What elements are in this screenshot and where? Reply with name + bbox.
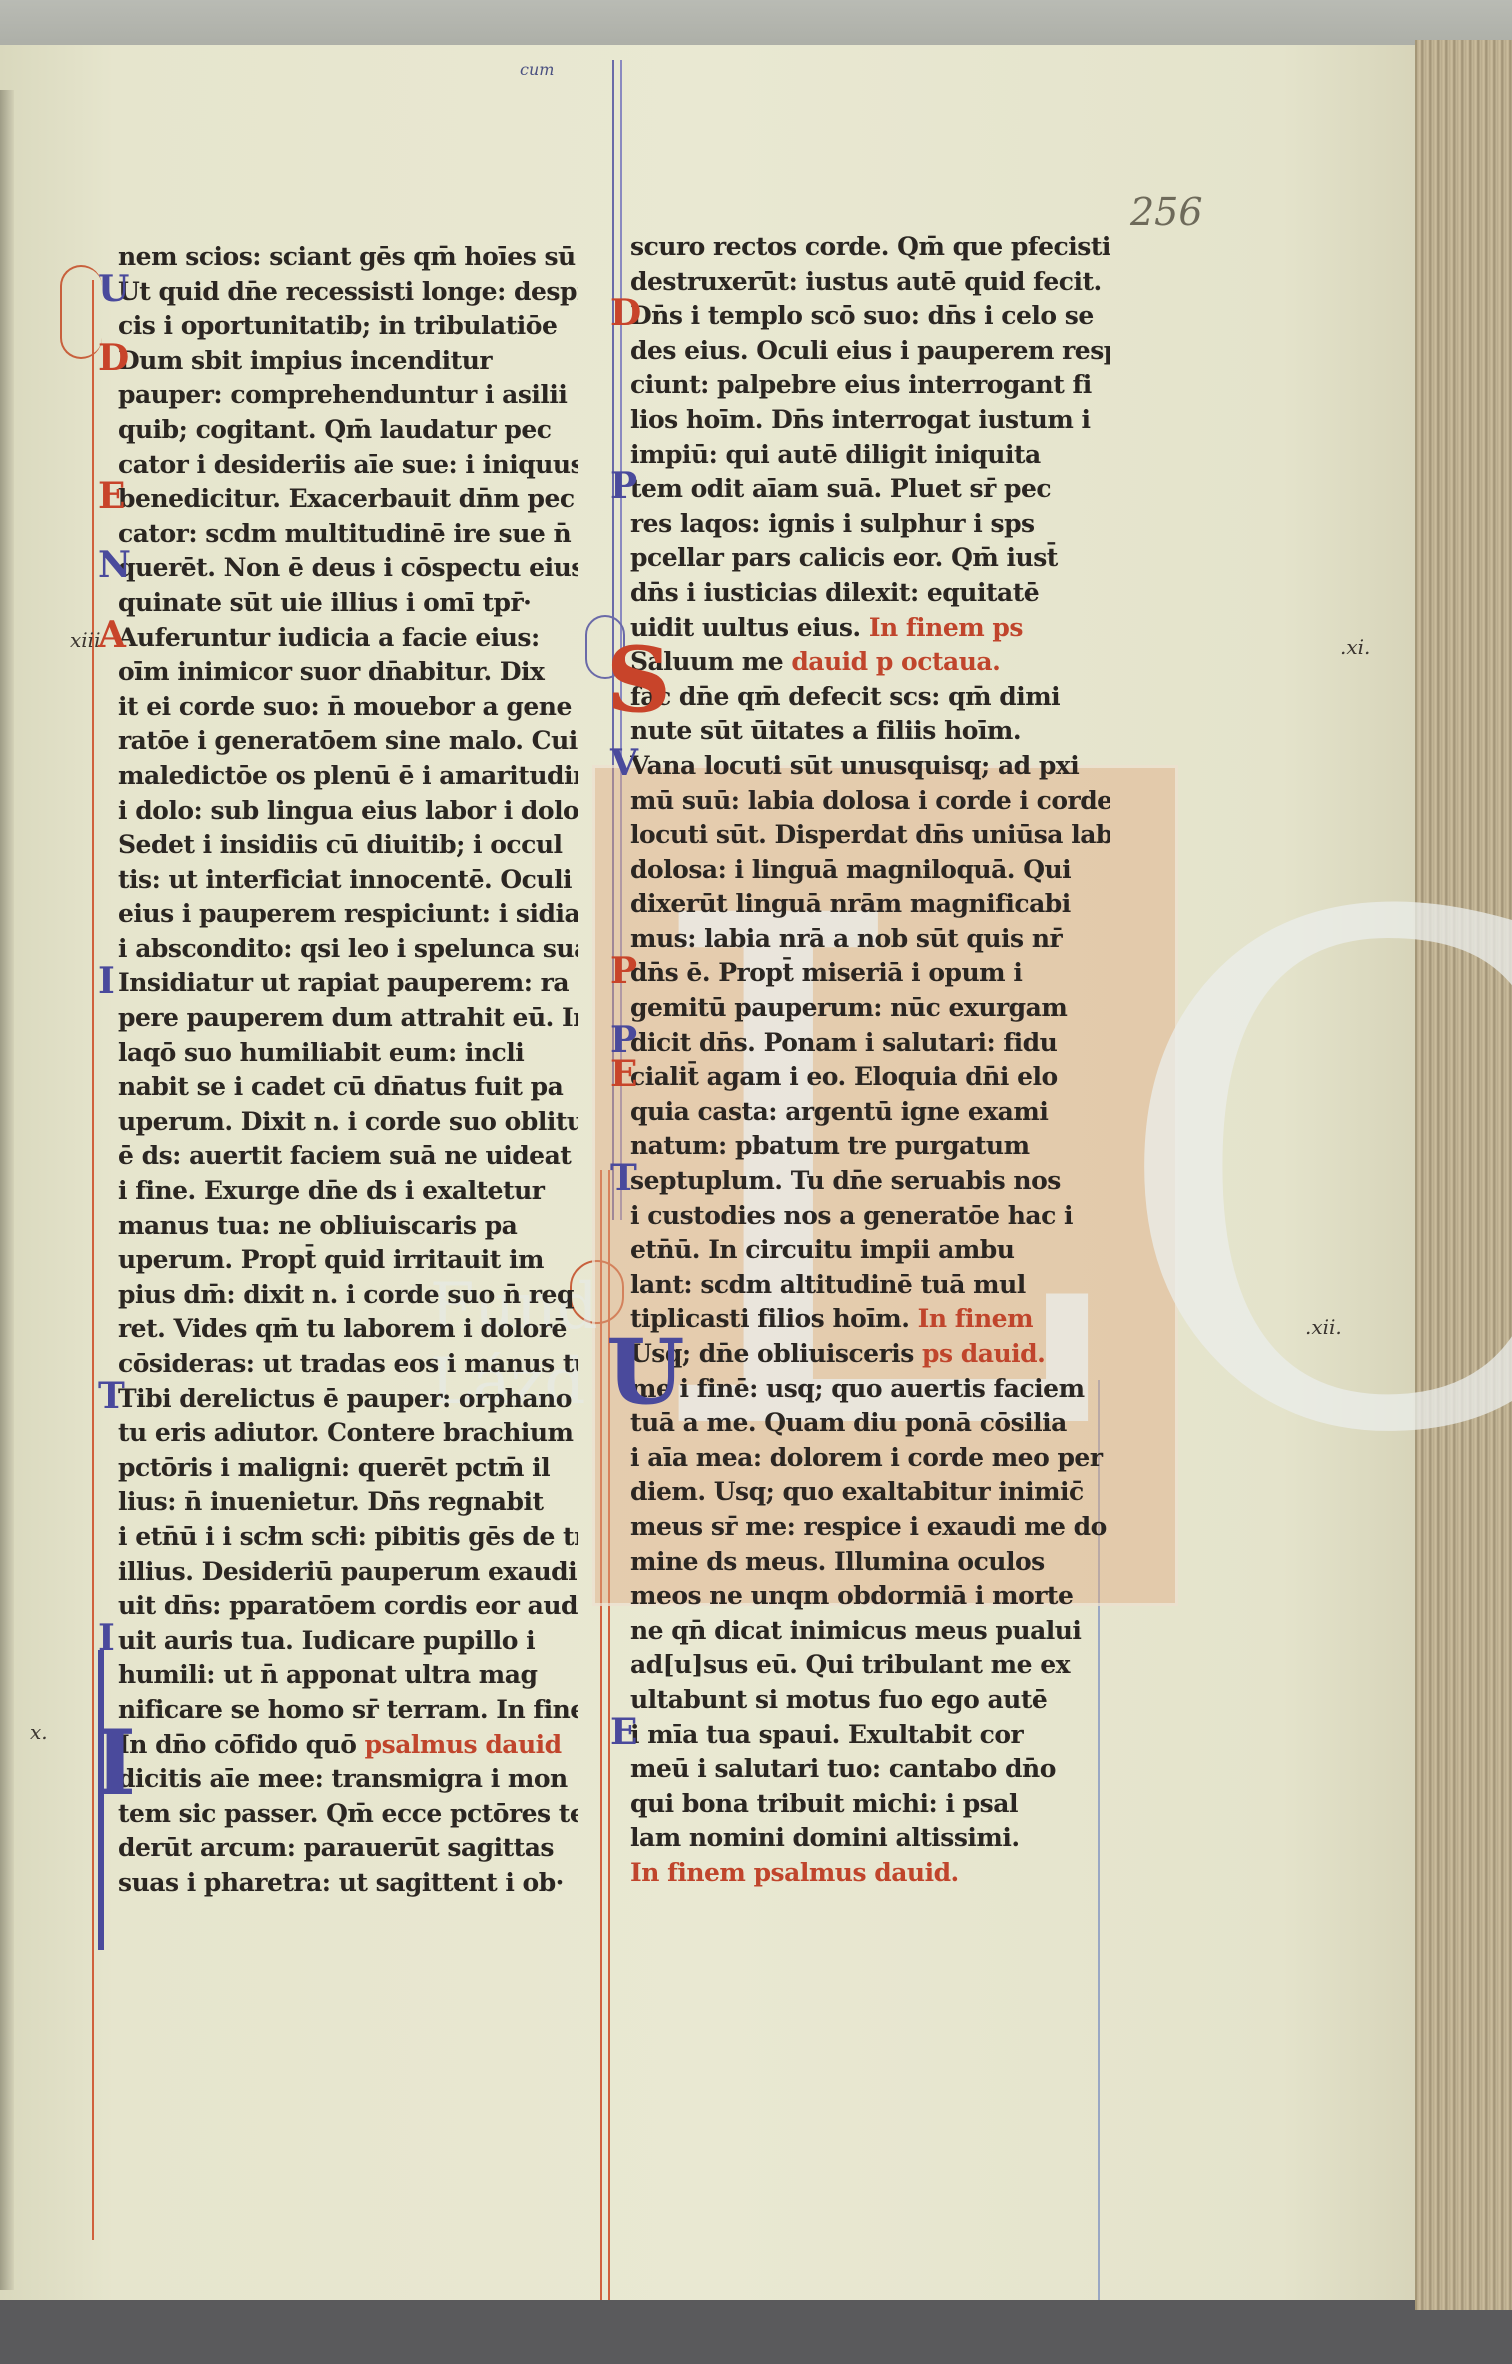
line-text: i fine. Exurge dn̄e ds i exaltetur: [118, 1176, 544, 1205]
text-line: tem odit aīam suā. Pluet sr̄ pec: [630, 472, 1110, 507]
text-line: oīm inimicor suor dn̄abitur. Dix: [118, 655, 578, 690]
decorated-initial: I: [94, 1718, 136, 1808]
text-line: lius: n̄ inuenietur. Dn̄s regnabit: [118, 1485, 578, 1520]
line-text: pcellar pars calicis eor. Qm̄ iust̄: [630, 543, 1058, 572]
line-text: it ei corde suo: n̄ mouebor a gene: [118, 692, 572, 721]
line-text: tem odit aīam suā. Pluet sr̄ pec: [630, 474, 1051, 503]
text-line: tiplicasti filios hoīm. In finem: [630, 1302, 1110, 1337]
line-text: mū suū: labia dolosa i corde i corde: [630, 786, 1110, 815]
decorated-initial: V: [610, 745, 638, 781]
text-line: dixerūt linguā nrām magnificabi: [630, 887, 1110, 922]
line-text: uit dn̄s: pparatōem cordis eor audi: [118, 1591, 578, 1620]
text-line: dicit dn̄s. Ponam i salutari: fidu: [630, 1026, 1110, 1061]
rubric-text: In finem ps: [861, 613, 1023, 642]
margin-numeral: x.: [30, 1720, 48, 1744]
text-line: i mīa tua spaui. Exultabit cor: [630, 1718, 1110, 1753]
line-text: uit auris tua. Iudicare pupillo i: [118, 1626, 535, 1655]
text-line: pere pauperem dum attrahit eū. In: [118, 1001, 578, 1036]
text-line: Dum sbit impius incenditur: [118, 344, 578, 379]
text-line: ret. Vides qm̄ tu laborem i dolorē: [118, 1312, 578, 1347]
gutter-edge: [0, 90, 14, 2290]
margin-numeral: .xi.: [1340, 635, 1370, 659]
text-line: uperum. Propt̄ quid irritauit im: [118, 1243, 578, 1278]
text-line: querēt. Non ē deus i cōspectu eius: in: [118, 551, 578, 586]
text-line: lam nomini domini altissimi.: [630, 1821, 1110, 1856]
top-margin-note: cum: [520, 60, 554, 79]
text-line: quinate sūt uie illius i omī tpr̄·: [118, 586, 578, 621]
text-line: Usq; dn̄e obliuisceris ps dauid.: [630, 1337, 1110, 1372]
line-text: septuplum. Tu dn̄e seruabis nos: [630, 1166, 1061, 1195]
text-line: Ut quid dn̄e recessisti longe: despi: [118, 275, 578, 310]
text-line: septuplum. Tu dn̄e seruabis nos: [630, 1164, 1110, 1199]
line-text: pctōris i maligni: querēt pctm̄ il: [118, 1453, 550, 1482]
line-text: i custodies nos a generatōe hac i: [630, 1201, 1073, 1230]
line-text: Auferuntur iudicia a facie eius:: [118, 623, 540, 652]
line-text: res laqos: ignis i sulphur i sps: [630, 509, 1035, 538]
line-text: ne qn̄ dicat inimicus meus pualui: [630, 1616, 1081, 1645]
decorated-initial: T: [610, 1160, 637, 1196]
decorated-initial: U: [98, 271, 129, 307]
margin-numeral: .xii.: [1305, 1315, 1342, 1339]
line-text: nem scios: sciant gēs qm̄ hoīes sū: [118, 242, 576, 271]
text-line: dolosa: i linguā magniloquā. Qui: [630, 853, 1110, 888]
line-text: destruxerūt: iustus autē quid fecit.: [630, 267, 1102, 296]
text-line: meos ne unqm obdormiā i morte: [630, 1579, 1110, 1614]
text-line: des eius. Oculi eius i pauperem respi: [630, 334, 1110, 369]
red-flourish: [60, 265, 102, 359]
text-line: ratōe i generatōem sine malo. Cuius: [118, 724, 578, 759]
line-text: i etn̄ū i i scłm scłi: pibitis gēs de tr…: [118, 1522, 578, 1551]
line-text: meos ne unqm obdormiā i morte: [630, 1581, 1073, 1610]
line-text: lant: scdm altitudinē tuā mul: [630, 1270, 1026, 1299]
line-text: humili: ut n̄ apponat ultra mag: [118, 1660, 537, 1689]
text-column-right: scuro rectos corde. Qm̄ que pfecistidest…: [630, 230, 1110, 1891]
line-text: Vana locuti sūt unusquisq; ad pxi: [630, 751, 1079, 780]
line-text: i aīa mea: dolorem i corde meo per: [630, 1443, 1103, 1472]
decorated-initial: D: [98, 340, 129, 376]
line-text: cialit̄ agam i eo. Eloquia dn̄i elo: [630, 1062, 1058, 1091]
line-text: tu eris adiutor. Contere brachium: [118, 1418, 574, 1447]
line-text: Tibi derelictus ē pauper: orphano: [118, 1384, 572, 1413]
line-text: cis i oportunitatib; in tribulatiōe: [118, 311, 557, 340]
decorated-initial: E: [610, 1056, 637, 1092]
line-text: Insidiatur ut rapiat pauperem: ra: [118, 968, 569, 997]
line-text: impiū: qui autē diligit iniquita: [630, 440, 1041, 469]
rubric-text: In finem: [909, 1304, 1033, 1333]
line-text: dolosa: i linguā magniloquā. Qui: [630, 855, 1071, 884]
text-line: In finem psalmus dauid.: [630, 1856, 1110, 1891]
text-line: it ei corde suo: n̄ mouebor a gene: [118, 690, 578, 725]
text-line: nificare se homo sr̄ terram. In fine: [118, 1693, 578, 1728]
line-text: tem sic passer. Qm̄ ecce pctōres ten: [118, 1799, 578, 1828]
line-text: nabit se i cadet cū dn̄atus fuit pa: [118, 1072, 563, 1101]
text-line: mine ds meus. Illumina oculos: [630, 1545, 1110, 1580]
line-text: Sedet i insidiis cū diuitib; i occul: [118, 830, 563, 859]
text-line: impiū: qui autē diligit iniquita: [630, 438, 1110, 473]
background-bottom: [0, 2300, 1512, 2364]
line-text: des eius. Oculi eius i pauperem respi: [630, 336, 1110, 365]
line-text: querēt. Non ē deus i cōspectu eius: in: [118, 553, 578, 582]
text-line: nabit se i cadet cū dn̄atus fuit pa: [118, 1070, 578, 1105]
line-text: ciunt: palpebre eius interrogant fi: [630, 370, 1092, 399]
text-line: res laqos: ignis i sulphur i sps: [630, 507, 1110, 542]
text-line: dicitis aīe mee: transmigra i mon: [118, 1762, 578, 1797]
decorated-initial: E: [98, 478, 125, 514]
text-line: dn̄s ē. Propt̄ miseriā i opum i: [630, 956, 1110, 991]
line-text: pius dm̄: dixit n. i corde suo n̄ req: [118, 1280, 574, 1309]
rubric-text: ps dauid.: [914, 1339, 1046, 1368]
text-line: humili: ut n̄ apponat ultra mag: [118, 1658, 578, 1693]
line-text: laqō suo humiliabit eum: incli: [118, 1038, 524, 1067]
line-text: ret. Vides qm̄ tu laborem i dolorē: [118, 1314, 567, 1343]
text-line: cialit̄ agam i eo. Eloquia dn̄i elo: [630, 1060, 1110, 1095]
line-text: Dum sbit impius incenditur: [118, 346, 492, 375]
text-line: ultabunt si motus fuo ego autē: [630, 1683, 1110, 1718]
decorated-initial: E: [610, 1714, 637, 1750]
text-line: i dolo: sub lingua eius labor i dolor.: [118, 794, 578, 829]
text-line: i abscondito: qsi leo i spelunca sua.: [118, 932, 578, 967]
text-line: lios hoīm. Dn̄s interrogat iustum i: [630, 403, 1110, 438]
text-line: locuti sūt. Disperdat dn̄s uniūsa labia: [630, 818, 1110, 853]
text-line: qui bona tribuit michi: i psal: [630, 1787, 1110, 1822]
text-line: maledictōe os plenū ē i amaritudine: [118, 759, 578, 794]
line-text: Ut quid dn̄e recessisti longe: despi: [118, 277, 578, 306]
line-text: In dn̄o cōfido quō: [118, 1730, 356, 1759]
line-text: diem. Usq; quo exaltabitur inimic̄: [630, 1477, 1084, 1506]
text-line: tis: ut interficiat innocentē. Oculi: [118, 863, 578, 898]
line-text: eius i pauperem respiciunt: i sidiat̄: [118, 899, 578, 928]
text-line: uperum. Dixit n. i corde suo oblitus: [118, 1105, 578, 1140]
line-text: i abscondito: qsi leo i spelunca sua.: [118, 934, 578, 963]
line-text: dicitis aīe mee: transmigra i mon: [118, 1764, 568, 1793]
line-text: benedicitur. Exacerbauit dn̄m pec: [118, 484, 575, 513]
text-line: uit dn̄s: pparatōem cordis eor audi: [118, 1589, 578, 1624]
line-text: quib; cogitant. Qm̄ laudatur pec: [118, 415, 552, 444]
decorated-initial: S: [606, 635, 671, 725]
line-text: illius. Desideriū pauperum exaudi: [118, 1557, 577, 1586]
text-line: tem sic passer. Qm̄ ecce pctōres ten: [118, 1797, 578, 1832]
text-line: cōsideras: ut tradas eos i manus tuas.: [118, 1347, 578, 1382]
rubric-text: In finem psalmus dauid.: [630, 1858, 959, 1887]
line-text: ratōe i generatōem sine malo. Cuius: [118, 726, 578, 755]
text-line: derūt arcum: parauerūt sagittas: [118, 1831, 578, 1866]
line-text: nificare se homo sr̄ terram. In fine: [118, 1695, 578, 1724]
line-text: derūt arcum: parauerūt sagittas: [118, 1833, 554, 1862]
text-line: cator: scdm multitudinē ire sue n̄: [118, 517, 578, 552]
text-line: meū i salutari tuo: cantabo dn̄o: [630, 1752, 1110, 1787]
line-text: me i finē: usq; quo auertis faciem: [630, 1374, 1085, 1403]
text-line: fac dn̄e qm̄ defecit scs: qm̄ dimi: [630, 680, 1110, 715]
text-line: pauper: comprehenduntur i asilii: [118, 378, 578, 413]
text-line: mū suū: labia dolosa i corde i corde: [630, 784, 1110, 819]
text-line: quia casta: argentū igne exami: [630, 1095, 1110, 1130]
text-line: uidit uultus eius. In finem ps: [630, 611, 1110, 646]
line-text: i dolo: sub lingua eius labor i dolor.: [118, 796, 578, 825]
line-text: meus sr̄ me: respice i exaudi me do: [630, 1512, 1107, 1541]
text-line: In dn̄o cōfido quō psalmus dauid: [118, 1728, 578, 1763]
text-line: ciunt: palpebre eius interrogant fi: [630, 368, 1110, 403]
text-line: Saluum me dauid p octaua.: [630, 645, 1110, 680]
line-text: etn̄ū. In circuitu impii ambu: [630, 1235, 1014, 1264]
text-line: pctōris i maligni: querēt pctm̄ il: [118, 1451, 578, 1486]
text-line: i custodies nos a generatōe hac i: [630, 1199, 1110, 1234]
text-line: pius dm̄: dixit n. i corde suo n̄ req: [118, 1278, 578, 1313]
text-line: Auferuntur iudicia a facie eius:: [118, 621, 578, 656]
line-text: pere pauperem dum attrahit eū. In: [118, 1003, 578, 1032]
line-text: quia casta: argentū igne exami: [630, 1097, 1048, 1126]
rubric-text: dauid p octaua.: [783, 647, 1000, 676]
text-line: cator i desideriis aīe sue: i iniquus: [118, 448, 578, 483]
text-line: dn̄s i iusticias dilexit: equitatē: [630, 576, 1110, 611]
line-text: dn̄s i iusticias dilexit: equitatē: [630, 578, 1039, 607]
line-text: ē ds: auertit faciem suā ne uideat: [118, 1141, 571, 1170]
line-text: natum: pbatum tre purgatum: [630, 1131, 1030, 1160]
decorated-initial: D: [610, 295, 641, 331]
decorated-initial: U: [606, 1327, 685, 1417]
decorated-initial: P: [610, 953, 637, 989]
text-line: tu eris adiutor. Contere brachium: [118, 1416, 578, 1451]
folio-number: 256: [1130, 190, 1203, 234]
text-line: Sedet i insidiis cū diuitib; i occul: [118, 828, 578, 863]
line-text: nute sūt ūitates a filiis hoīm.: [630, 716, 1021, 745]
decorated-initial: N: [98, 547, 131, 583]
rubric-text: psalmus dauid: [356, 1730, 561, 1759]
line-text: dixerūt linguā nrām magnificabi: [630, 889, 1071, 918]
line-text: i mīa tua spaui. Exultabit cor: [630, 1720, 1023, 1749]
decorated-initial: P: [610, 468, 637, 504]
text-column-left: nem scios: sciant gēs qm̄ hoīes sūUt qui…: [118, 240, 578, 1901]
line-text: dn̄s ē. Propt̄ miseriā i opum i: [630, 958, 1022, 987]
text-line: Vana locuti sūt unusquisq; ad pxi: [630, 749, 1110, 784]
text-line: mus: labia nrā a nob sūt quis nr̄: [630, 922, 1110, 957]
text-line: benedicitur. Exacerbauit dn̄m pec: [118, 482, 578, 517]
text-line: scuro rectos corde. Qm̄ que pfecisti: [630, 230, 1110, 265]
line-text: cator: scdm multitudinē ire sue n̄: [118, 519, 571, 548]
text-line: i fine. Exurge dn̄e ds i exaltetur: [118, 1174, 578, 1209]
text-line: destruxerūt: iustus autē quid fecit.: [630, 265, 1110, 300]
text-line: illius. Desideriū pauperum exaudi: [118, 1555, 578, 1590]
decorated-initial: I: [98, 1620, 115, 1656]
line-text: pauper: comprehenduntur i asilii: [118, 380, 567, 409]
text-line: meus sr̄ me: respice i exaudi me do: [630, 1510, 1110, 1545]
line-text: locuti sūt. Disperdat dn̄s uniūsa labia: [630, 820, 1110, 849]
line-text: lios hoīm. Dn̄s interrogat iustum i: [630, 405, 1091, 434]
line-text: oīm inimicor suor dn̄abitur. Dix: [118, 657, 544, 686]
text-line: laqō suo humiliabit eum: incli: [118, 1036, 578, 1071]
line-text: tuā a me. Quam diu ponā cōsilia: [630, 1408, 1067, 1437]
line-text: quinate sūt uie illius i omī tpr̄·: [118, 588, 531, 617]
text-line: i etn̄ū i i scłm scłi: pibitis gēs de tr…: [118, 1520, 578, 1555]
line-text: dicit dn̄s. Ponam i salutari: fidu: [630, 1028, 1057, 1057]
text-line: Insidiatur ut rapiat pauperem: ra: [118, 966, 578, 1001]
text-line: manus tua: ne obliuiscaris pa: [118, 1209, 578, 1244]
decorated-initial: T: [98, 1378, 125, 1414]
line-text: mus: labia nrā a nob sūt quis nr̄: [630, 924, 1062, 953]
line-text: mine ds meus. Illumina oculos: [630, 1547, 1045, 1576]
text-line: tuā a me. Quam diu ponā cōsilia: [630, 1406, 1110, 1441]
text-line: me i finē: usq; quo auertis faciem: [630, 1372, 1110, 1407]
line-text: Dn̄s i templo scō suo: dn̄s i celo se: [630, 301, 1094, 330]
line-text: manus tua: ne obliuiscaris pa: [118, 1211, 517, 1240]
text-line: ē ds: auertit faciem suā ne uideat: [118, 1139, 578, 1174]
line-text: suas i pharetra: ut sagittent i ob·: [118, 1868, 564, 1897]
text-line: Dn̄s i templo scō suo: dn̄s i celo se: [630, 299, 1110, 334]
text-line: pcellar pars calicis eor. Qm̄ iust̄: [630, 541, 1110, 576]
decorated-initial: I: [98, 963, 115, 999]
text-line: natum: pbatum tre purgatum: [630, 1129, 1110, 1164]
text-line: nute sūt ūitates a filiis hoīm.: [630, 714, 1110, 749]
line-text: lius: n̄ inuenietur. Dn̄s regnabit: [118, 1487, 544, 1516]
text-line: ad[u]sus eū. Qui tribulant me ex: [630, 1648, 1110, 1683]
line-text: ultabunt si motus fuo ego autē: [630, 1685, 1047, 1714]
margin-numeral: xiii: [70, 628, 100, 652]
text-line: diem. Usq; quo exaltabitur inimic̄: [630, 1475, 1110, 1510]
line-text: qui bona tribuit michi: i psal: [630, 1789, 1018, 1818]
line-text: fac dn̄e qm̄ defecit scs: qm̄ dimi: [630, 682, 1060, 711]
text-line: quib; cogitant. Qm̄ laudatur pec: [118, 413, 578, 448]
text-line: cis i oportunitatib; in tribulatiōe: [118, 309, 578, 344]
line-text: gemitū pauperum: nūc exurgam: [630, 993, 1067, 1022]
line-text: cator i desideriis aīe sue: i iniquus: [118, 450, 578, 479]
text-line: gemitū pauperum: nūc exurgam: [630, 991, 1110, 1026]
text-line: i aīa mea: dolorem i corde meo per: [630, 1441, 1110, 1476]
line-text: scuro rectos corde. Qm̄ que pfecisti: [630, 232, 1110, 261]
decorated-initial: P: [610, 1022, 637, 1058]
text-line: Tibi derelictus ē pauper: orphano: [118, 1382, 578, 1417]
line-text: maledictōe os plenū ē i amaritudine: [118, 761, 578, 790]
text-line: suas i pharetra: ut sagittent i ob·: [118, 1866, 578, 1901]
line-text: cōsideras: ut tradas eos i manus tuas.: [118, 1349, 578, 1378]
text-line: nem scios: sciant gēs qm̄ hoīes sū: [118, 240, 578, 275]
line-text: lam nomini domini altissimi.: [630, 1823, 1020, 1852]
text-line: ne qn̄ dicat inimicus meus pualui: [630, 1614, 1110, 1649]
text-line: uit auris tua. Iudicare pupillo i: [118, 1624, 578, 1659]
text-line: lant: scdm altitudinē tuā mul: [630, 1268, 1110, 1303]
left-margin-red-rule: [92, 280, 94, 2240]
line-text: uperum. Dixit n. i corde suo oblitus: [118, 1107, 578, 1136]
line-text: meū i salutari tuo: cantabo dn̄o: [630, 1754, 1056, 1783]
line-text: ad[u]sus eū. Qui tribulant me ex: [630, 1650, 1070, 1679]
line-text: uperum. Propt̄ quid irritauit im: [118, 1245, 544, 1274]
text-line: eius i pauperem respiciunt: i sidiat̄: [118, 897, 578, 932]
text-line: etn̄ū. In circuitu impii ambu: [630, 1233, 1110, 1268]
decorated-initial: A: [98, 617, 126, 653]
line-text: tis: ut interficiat innocentē. Oculi: [118, 865, 572, 894]
